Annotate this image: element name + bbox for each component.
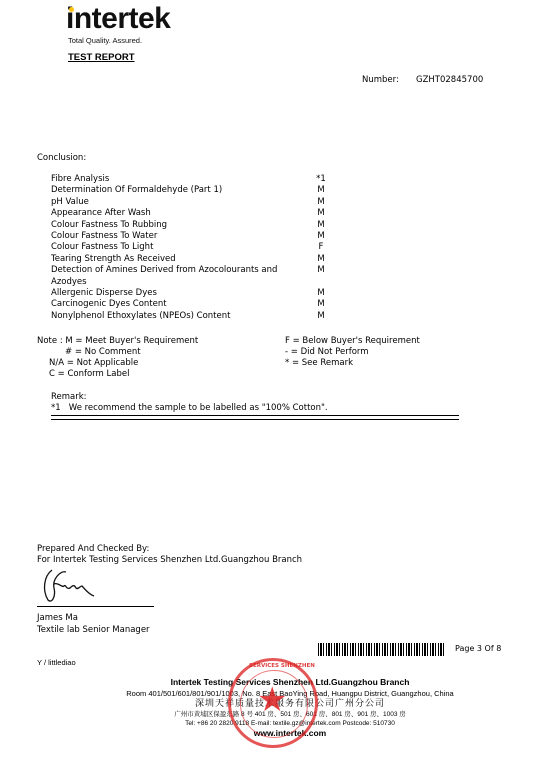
test-name: Nonylphenol Ethoxylates (NPEOs) Content [51, 311, 281, 322]
legend-item: * = See Remark [285, 358, 420, 369]
test-name: Detection of Amines Derived from Azocolo… [51, 265, 281, 288]
legend-item: M = Meet Buyer's Requirement [65, 336, 198, 346]
test-name: Colour Fastness To Water [51, 231, 281, 242]
test-result: M [311, 299, 331, 310]
conclusion-row: pH ValueM [51, 197, 331, 208]
logo-tagline: Total Quality. Assured. [68, 36, 142, 45]
test-result: M [311, 311, 331, 322]
legend-item: # = No Comment [65, 347, 141, 357]
company-seal-stamp: SERVICES SHENZHEN ★ [228, 658, 318, 748]
reference-code: Y / littlediao [37, 658, 76, 667]
test-name: Fibre Analysis [51, 174, 281, 185]
test-result: M [311, 265, 331, 288]
remark-text: We recommend the sample to be labelled a… [69, 403, 328, 413]
legend-item: C = Conform Label [49, 369, 129, 379]
remark-line: *1 We recommend the sample to be labelle… [51, 403, 328, 413]
conclusion-row: Tearing Strength As ReceivedM [51, 254, 331, 265]
legend-left: Note : M = Meet Buyer's Requirement # = … [37, 336, 198, 380]
test-result: M [311, 288, 331, 299]
signer-block: James Ma Textile lab Senior Manager [37, 612, 150, 636]
conclusion-row: Allergenic Disperse DyesM [51, 288, 331, 299]
report-title: TEST REPORT [68, 52, 135, 63]
conclusion-row: Nonylphenol Ethoxylates (NPEOs) ContentM [51, 311, 331, 322]
remark-heading: Remark: [51, 392, 87, 402]
test-name: Colour Fastness To Light [51, 242, 281, 253]
test-name: Appearance After Wash [51, 208, 281, 219]
report-number-value: GZHT02845700 [416, 75, 483, 85]
conclusion-row: Detection of Amines Derived from Azocolo… [51, 265, 331, 288]
star-icon: ★ [257, 683, 287, 717]
conclusion-row: Colour Fastness To RubbingM [51, 220, 331, 231]
prepared-label: Prepared And Checked By: [37, 544, 302, 555]
prepared-by-block: Prepared And Checked By: For Intertek Te… [37, 544, 302, 566]
legend-item: N/A = Not Applicable [49, 358, 138, 368]
page-number: Page 3 Of 8 [455, 644, 501, 653]
stamp-text: SERVICES SHENZHEN [249, 663, 315, 669]
legend-right: F = Below Buyer's Requirement - = Did No… [285, 336, 420, 369]
remark-marker: *1 [51, 403, 61, 413]
conclusion-heading: Conclusion: [37, 153, 86, 163]
test-result: M [311, 231, 331, 242]
test-name: Tearing Strength As Received [51, 254, 281, 265]
report-number-label: Number: [362, 75, 399, 85]
legend-item: - = Did Not Perform [285, 347, 420, 358]
signature-image [38, 566, 98, 606]
conclusion-row: Colour Fastness To WaterM [51, 231, 331, 242]
test-result: M [311, 197, 331, 208]
test-name: Determination Of Formaldehyde (Part 1) [51, 185, 281, 196]
intertek-logo: intertek [66, 4, 170, 34]
signer-title: Textile lab Senior Manager [37, 624, 150, 636]
barcode [318, 643, 446, 656]
conclusion-row: Determination Of Formaldehyde (Part 1)M [51, 185, 331, 196]
test-name: Colour Fastness To Rubbing [51, 220, 281, 231]
test-result: F [311, 242, 331, 253]
conclusion-results-list: Fibre Analysis*1Determination Of Formald… [51, 174, 331, 322]
test-name: Carcinogenic Dyes Content [51, 299, 281, 310]
test-result: M [311, 254, 331, 265]
logo-dot-icon [69, 7, 74, 12]
note-prefix: Note : [37, 336, 63, 346]
prepared-company: For Intertek Testing Services Shenzhen L… [37, 555, 302, 566]
conclusion-row: Carcinogenic Dyes ContentM [51, 299, 331, 310]
test-result: M [311, 220, 331, 231]
test-result: M [311, 208, 331, 219]
signature-line [37, 606, 154, 607]
signer-name: James Ma [37, 612, 150, 624]
conclusion-row: Colour Fastness To LightF [51, 242, 331, 253]
test-name: pH Value [51, 197, 281, 208]
conclusion-row: Appearance After WashM [51, 208, 331, 219]
conclusion-row: Fibre Analysis*1 [51, 174, 331, 185]
test-result: *1 [311, 174, 331, 185]
test-name: Allergenic Disperse Dyes [51, 288, 281, 299]
test-result: M [311, 185, 331, 196]
legend-item: F = Below Buyer's Requirement [285, 336, 420, 347]
double-divider [51, 415, 459, 420]
